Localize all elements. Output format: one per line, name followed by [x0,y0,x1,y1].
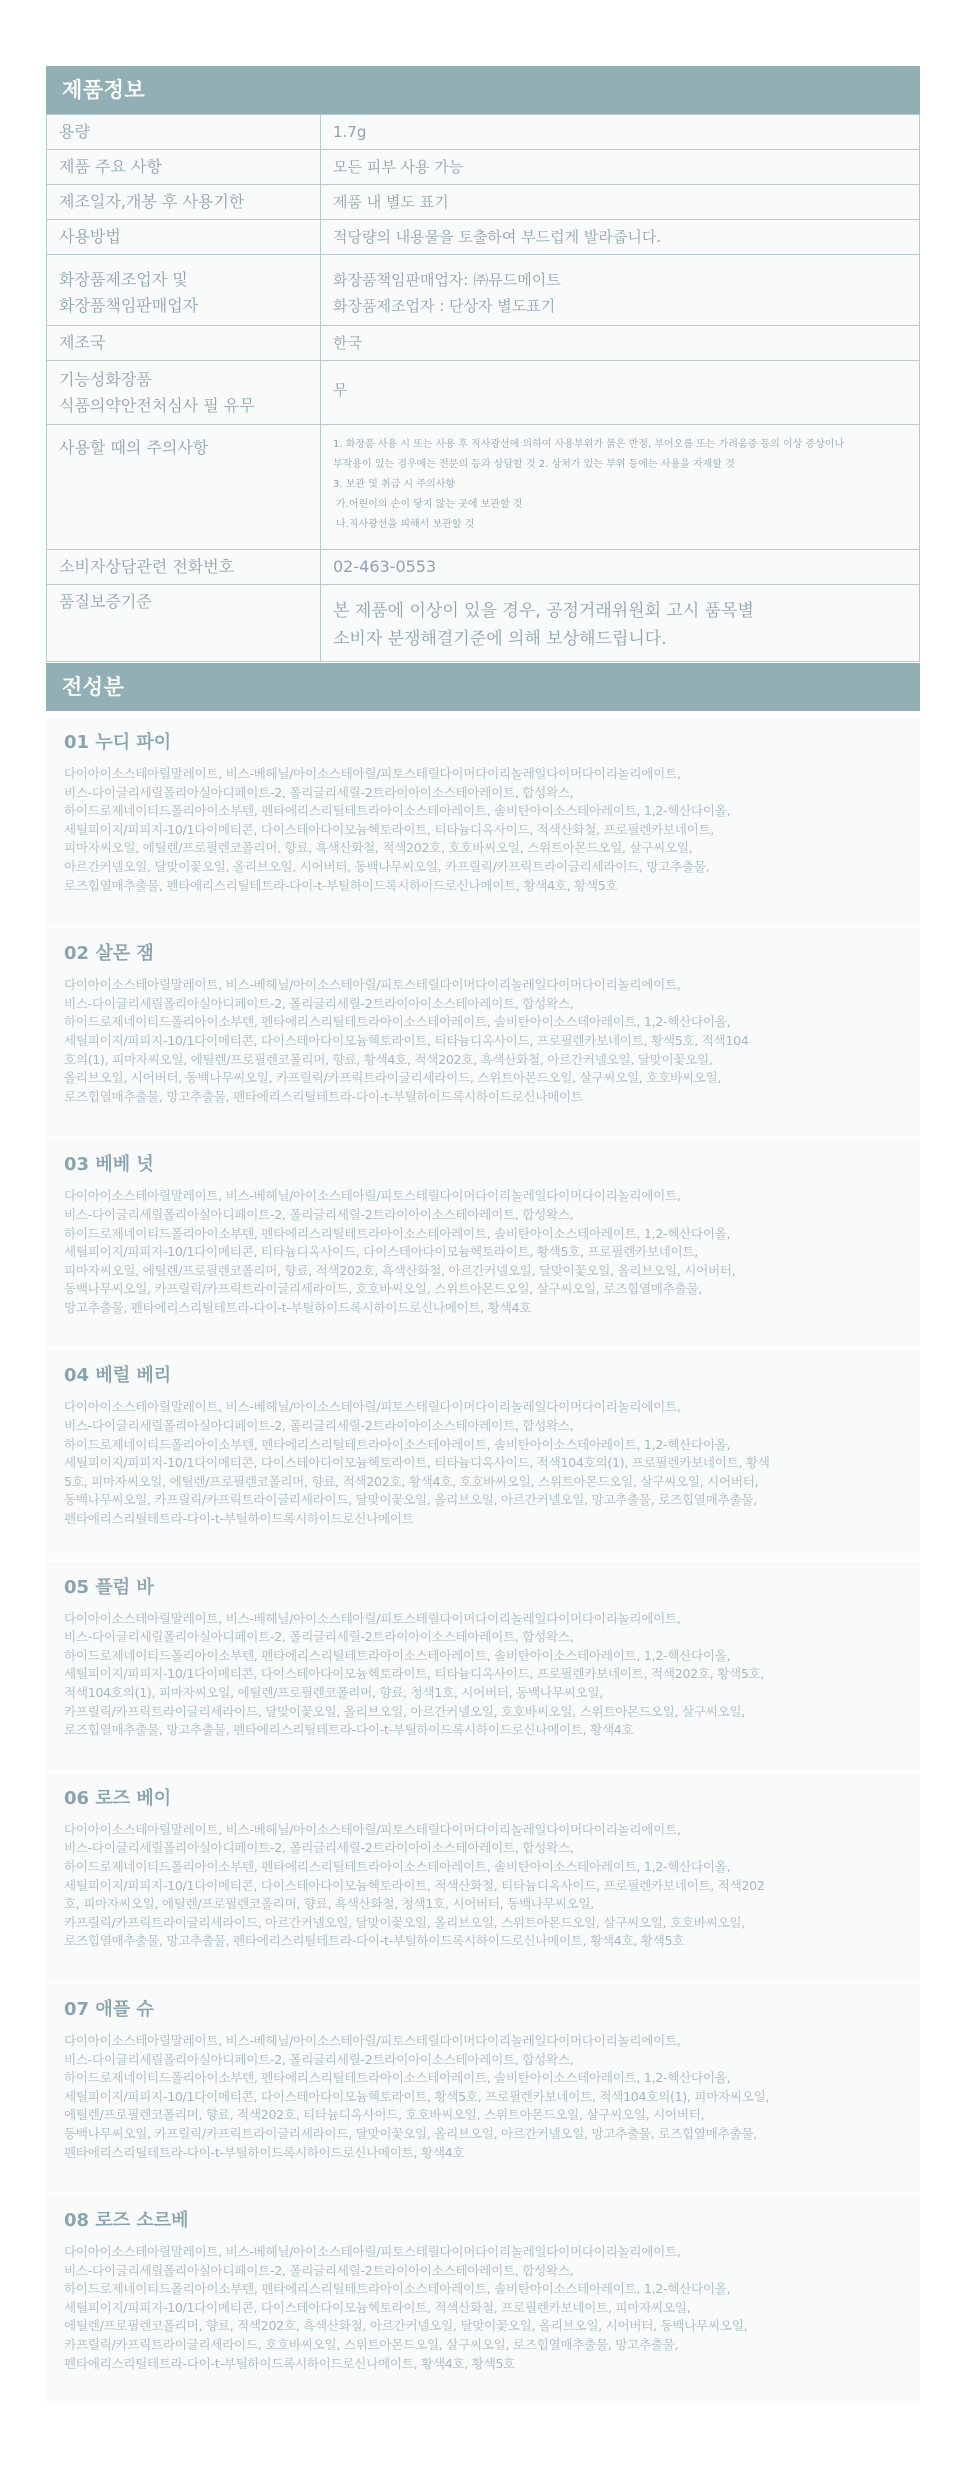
row-label: 용량 [47,115,321,150]
ingredient-line: 비스-다이글리세릴폴리아실아디페이트-2, 폴리글리세릴-2트라이아이소스테아레… [64,1628,902,1647]
ingredient-line: 다이아이소스테아릴말레이트, 비스-베헤닐/아이소스테아릴/피토스테릴다이머다이… [64,976,902,995]
ingredient-line: 다이아이소스테아릴말레이트, 비스-베헤닐/아이소스테아릴/피토스테릴다이머다이… [64,765,902,784]
row-label: 품질보증기준 [47,585,321,662]
label-text: 식품의약안전처심사 필 유무 [59,393,308,419]
ingredients-header: 전성분 [46,663,920,711]
row-value: 적당량의 내용물을 토출하여 부드럽게 발라줍니다. [321,220,920,255]
ingredient-line: 세틸피이지/피피지-10/1다이메티콘, 다이스테아다이모늄헥토라이트, 적색산… [64,2299,902,2318]
ingredient-line: 올리브오일, 시어버터, 동백나무씨오일, 카프릴릭/카프릭트라이글리세라이드,… [64,1069,902,1088]
row-label: 기능성화장품 식품의약안전처심사 필 유무 [47,361,321,425]
label-text: 용량 [59,119,308,145]
list-item: 04 베럴 베리 다이아이소스테아릴말레이트, 비스-베헤닐/아이소스테아릴/피… [46,1350,920,1558]
list-item: 07 애플 슈 다이아이소스테아릴말레이트, 비스-베헤닐/아이소스테아릴/피토… [46,1984,920,2192]
ingredient-line: 로즈힙열매추출물, 망고추출물, 펜타에리스리틸테트라-다이-t-부틸하이드록시… [64,1088,902,1107]
ingredient-line: 적색104호의(1), 피마자씨오일, 에틸렌/프로필렌코폴리머, 향료, 청색… [64,1684,902,1703]
ingredient-line: 펜타에리스리틸테트라-다이-t-부틸하이드록시하이드로신나메이트 [64,1510,902,1529]
ingredient-line: 다이아이소스테아릴말레이트, 비스-베헤닐/아이소스테아릴/피토스테릴다이머다이… [64,2032,902,2051]
ingredient-text: 다이아이소스테아릴말레이트, 비스-베헤닐/아이소스테아릴/피토스테릴다이머다이… [64,1187,902,1317]
product-name: 04 베럴 베리 [64,1362,902,1390]
page: 제품정보 용량 1.7g 제품 주요 사항 모든 피부 사용 가능 제조일자,개… [0,0,960,2489]
ingredient-line: 하이드로제네이티드폴리아이소부텐, 펜타에리스리틸테트라아이소스테아레이트, 솔… [64,1647,902,1666]
table-row: 화장품제조업자 및 화장품책임판매업자 화장품책임판매업자: ㈜뮤드메이트 화장… [47,255,920,326]
ingredients-list: 01 누디 파이 다이아이소스테아릴말레이트, 비스-베헤닐/아이소스테아릴/피… [46,717,920,2406]
value-text: 모든 피부 사용 가능 [333,154,907,180]
value-text: 무 [333,377,907,403]
value-text: 1. 화장품 사용 시 또는 사용 후 직사광선에 의하여 사용부위가 붉은 반… [333,435,907,455]
value-text: 적당량의 내용물을 토출하여 부드럽게 발라줍니다. [333,224,907,250]
ingredient-line: 비스-다이글리세릴폴리아실아디페이트-2, 폴리글리세릴-2트라이아이소스테아레… [64,1206,902,1225]
ingredient-text: 다이아이소스테아릴말레이트, 비스-베헤닐/아이소스테아릴/피토스테릴다이머다이… [64,2032,902,2162]
product-info-table: 용량 1.7g 제품 주요 사항 모든 피부 사용 가능 제조일자,개봉 후 사… [46,114,920,662]
label-text: 제조국 [59,330,308,356]
ingredient-line: 다이아이소스테아릴말레이트, 비스-베헤닐/아이소스테아릴/피토스테릴다이머다이… [64,1821,902,1840]
row-label: 제품 주요 사항 [47,150,321,185]
ingredient-line: 다이아이소스테아릴말레이트, 비스-베헤닐/아이소스테아릴/피토스테릴다이머다이… [64,1187,902,1206]
ingredient-line: 세틸피이지/피피지-10/1다이메티콘, 다이스테아다이모늄헥토라이트, 티타늄… [64,821,902,840]
ingredient-line: 하이드로제네이티드폴리아이소부텐, 펜타에리스리틸테트라아이소스테아레이트, 솔… [64,1225,902,1244]
ingredient-text: 다이아이소스테아릴말레이트, 비스-베헤닐/아이소스테아릴/피토스테릴다이머다이… [64,976,902,1106]
ingredient-line: 호, 피마자씨오일, 에틸렌/프로필렌코폴리머, 향료, 흑색산화철, 청색1호… [64,1895,902,1914]
ingredient-line: 동백나무씨오일, 카프릴릭/카프릭트라이글리세라이드, 달맞이꽃오일, 올리브오… [64,2125,902,2144]
product-name: 05 플럼 바 [64,1574,902,1602]
ingredient-line: 비스-다이글리세릴폴리아실아디페이트-2, 폴리글리세릴-2트라이아이소스테아레… [64,2051,902,2070]
value-text: 본 제품에 이상이 있을 경우, 공정거래위원회 고시 품목별 [333,597,907,625]
ingredient-text: 다이아이소스테아릴말레이트, 비스-베헤닐/아이소스테아릴/피토스테릴다이머다이… [64,765,902,895]
ingredient-line: 비스-다이글리세릴폴리아실아디페이트-2, 폴리글리세릴-2트라이아이소스테아레… [64,995,902,1014]
ingredient-line: 펜타에리스리틸테트라-다이-t-부틸하이드록시하이드로신나메이트, 황색4호, … [64,2355,902,2374]
ingredient-line: 비스-다이글리세릴폴리아실아디페이트-2, 폴리글리세릴-2트라이아이소스테아레… [64,784,902,803]
list-item: 03 베베 넛 다이아이소스테아릴말레이트, 비스-베헤닐/아이소스테아릴/피토… [46,1139,920,1347]
table-row: 소비자상담관련 전화번호 02-463-0553 [47,550,920,585]
list-item: 06 로즈 베이 다이아이소스테아릴말레이트, 비스-베헤닐/아이소스테아릴/피… [46,1773,920,1981]
ingredient-text: 다이아이소스테아릴말레이트, 비스-베헤닐/아이소스테아릴/피토스테릴다이머다이… [64,2243,902,2373]
label-text: 기능성화장품 [59,367,308,393]
ingredient-line: 하이드로제네이티드폴리아이소부텐, 펜타에리스리틸테트라아이소스테아레이트, 솔… [64,1013,902,1032]
label-text: 제조일자,개봉 후 사용기한 [59,189,308,215]
product-name: 06 로즈 베이 [64,1785,902,1813]
ingredient-line: 5호, 피마자씨오일, 에틸렌/프로필렌코폴리머, 향료, 적색202호, 황색… [64,1473,902,1492]
ingredient-line: 세틸피이지/피피지-10/1다이메티콘, 다이스테아다이모늄헥토라이트, 티타늄… [64,1665,902,1684]
value-text: 화장품책임판매업자: ㈜뮤드메이트 [333,267,907,293]
ingredient-text: 다이아이소스테아릴말레이트, 비스-베헤닐/아이소스테아릴/피토스테릴다이머다이… [64,1610,902,1740]
value-text: 제품 내 별도 표기 [333,189,907,215]
table-row: 제품 주요 사항 모든 피부 사용 가능 [47,150,920,185]
row-label: 사용할 때의 주의사항 [47,425,321,550]
table-row: 기능성화장품 식품의약안전처심사 필 유무 무 [47,361,920,425]
ingredient-line: 하이드로제네이티드폴리아이소부텐, 펜타에리스리틸테트라아이소스테아레이트, 솔… [64,1436,902,1455]
ingredient-line: 에틸렌/프로필렌코폴리머, 향료, 적색202호, 티타늄디옥사이드, 호호바씨… [64,2106,902,2125]
list-item: 05 플럼 바 다이아이소스테아릴말레이트, 비스-베헤닐/아이소스테아릴/피토… [46,1562,920,1770]
value-text: 3. 보관 및 취급 시 주의사항 [333,475,907,495]
label-text: 소비자상담관련 전화번호 [59,554,308,580]
ingredient-line: 다이아이소스테아릴말레이트, 비스-베헤닐/아이소스테아릴/피토스테릴다이머다이… [64,2243,902,2262]
ingredient-line: 카프릴릭/카프릭트라이글리세라이드, 달맞이꽃오일, 올리브오일, 아르간커넬오… [64,1703,902,1722]
ingredient-line: 카프릴릭/카프릭트라이글리세라이드, 아르간커넬오일, 달맞이꽃오일, 올리브오… [64,1914,902,1933]
product-name: 07 애플 슈 [64,1996,902,2024]
ingredient-line: 하이드로제네이티드폴리아이소부텐, 펜타에리스리틸테트라아이소스테아레이트, 솔… [64,2069,902,2088]
ingredient-line: 하이드로제네이티드폴리아이소부텐, 펜타에리스리틸테트라아이소스테아레이트, 솔… [64,2280,902,2299]
table-row: 사용방법 적당량의 내용물을 토출하여 부드럽게 발라줍니다. [47,220,920,255]
row-value: 모든 피부 사용 가능 [321,150,920,185]
list-item: 02 살몬 잼 다이아이소스테아릴말레이트, 비스-베헤닐/아이소스테아릴/피토… [46,928,920,1136]
row-value: 한국 [321,326,920,361]
ingredient-line: 아르간커넬오일, 달맞이꽃오일, 올리브오일, 시어버터, 동백나무씨오일, 카… [64,858,902,877]
value-text: 한국 [333,330,907,356]
label-text: 제품 주요 사항 [59,154,308,180]
ingredient-line: 로즈힙열매추출물, 펜타에리스리틸테트라-다이-t-부틸하이드록시하이드로신나메… [64,877,902,896]
row-label: 화장품제조업자 및 화장품책임판매업자 [47,255,321,326]
ingredient-line: 로즈힙열매추출물, 망고추출물, 펜타에리스리틸테트라-다이-t-부틸하이드록시… [64,1721,902,1740]
label-text: 사용할 때의 주의사항 [59,435,308,461]
row-label: 제조일자,개봉 후 사용기한 [47,185,321,220]
label-text: 품질보증기준 [59,589,308,615]
product-name: 02 살몬 잼 [64,940,902,968]
ingredient-line: 피마자씨오일, 에틸렌/프로필렌코폴리머, 향료, 적색202호, 흑색산화철,… [64,1262,902,1281]
row-value: 화장품책임판매업자: ㈜뮤드메이트 화장품제조업자 : 단상자 별도표기 [321,255,920,326]
ingredient-line: 로즈힙열매추출물, 망고추출물, 펜타에리스리틸테트라-다이-t-부틸하이드록시… [64,1932,902,1951]
product-info-header: 제품정보 [46,66,920,114]
product-name: 01 누디 파이 [64,729,902,757]
ingredient-line: 비스-다이글리세릴폴리아실아디페이트-2, 폴리글리세릴-2트라이아이소스테아레… [64,1839,902,1858]
product-name: 08 로즈 소르베 [64,2207,902,2235]
ingredient-text: 다이아이소스테아릴말레이트, 비스-베헤닐/아이소스테아릴/피토스테릴다이머다이… [64,1821,902,1951]
value-text: 부작용이 있는 경우에는 전문의 등과 상담할 것 2. 상처가 있는 부위 등… [333,455,907,475]
row-value: 무 [321,361,920,425]
label-text: 화장품책임판매업자 [59,293,308,319]
table-row: 제조일자,개봉 후 사용기한 제품 내 별도 표기 [47,185,920,220]
ingredient-line: 호의(1), 피마자씨오일, 에틸렌/프로필렌코폴리머, 향료, 황색4호, 적… [64,1051,902,1070]
row-value: 1.7g [321,115,920,150]
phone-number: 02-463-0553 [321,550,920,585]
ingredient-line: 카프릴릭/카프릭트라이글리세라이드, 호호바씨오일, 스위트아몬드오일, 살구씨… [64,2336,902,2355]
ingredient-line: 세틸피이지/피피지-10/1다이메티콘, 다이스테아다이모늄헥토라이트, 적색산… [64,1877,902,1896]
list-item: 01 누디 파이 다이아이소스테아릴말레이트, 비스-베헤닐/아이소스테아릴/피… [46,717,920,925]
table-row: 용량 1.7g [47,115,920,150]
value-text: 1.7g [333,119,907,145]
value-text: 나.직사광선을 피해서 보관할 것 [333,515,907,535]
ingredient-line: 동백나무씨오일, 카프릴릭/카프릭트라이글리세라이드, 달맞이꽃오일, 올리브오… [64,1491,902,1510]
row-value: 본 제품에 이상이 있을 경우, 공정거래위원회 고시 품목별 소비자 분쟁해결… [321,585,920,662]
ingredient-line: 피마자씨오일, 에틸렌/프로필렌코폴리머, 향료, 흑색산화철, 적색202호,… [64,839,902,858]
value-text: 소비자 분쟁해결기준에 의해 보상해드립니다. [333,625,907,653]
ingredient-line: 하이드로제네이티드폴리아이소부텐, 펜타에리스리틸테트라아이소스테아레이트, 솔… [64,802,902,821]
ingredient-line: 다이아이소스테아릴말레이트, 비스-베헤닐/아이소스테아릴/피토스테릴다이머다이… [64,1398,902,1417]
table-row: 품질보증기준 본 제품에 이상이 있을 경우, 공정거래위원회 고시 품목별 소… [47,585,920,662]
ingredient-line: 세틸피이지/피피지-10/1다이메티콘, 다이스테아다이모늄헥토라이트, 황색5… [64,2088,902,2107]
ingredient-line: 비스-다이글리세릴폴리아실아디페이트-2, 폴리글리세릴-2트라이아이소스테아레… [64,2262,902,2281]
ingredient-line: 다이아이소스테아릴말레이트, 비스-베헤닐/아이소스테아릴/피토스테릴다이머다이… [64,1610,902,1629]
ingredient-line: 세틸피이지/피피지-10/1다이메티콘, 다이스테아다이모늄헥토라이트, 티타늄… [64,1454,902,1473]
row-label: 사용방법 [47,220,321,255]
label-text: 화장품제조업자 및 [59,267,308,293]
ingredient-line: 망고추출물, 펜타에리스리틸테트라-다이-t-부틸하이드록시하이드로신나메이트,… [64,1299,902,1318]
value-text: 02-463-0553 [333,554,907,580]
ingredient-line: 펜타에리스리틸테트라-다이-t-부틸하이드록시하이드로신나메이트, 황색4호 [64,2144,902,2163]
value-text: 화장품제조업자 : 단상자 별도표기 [333,293,907,319]
ingredient-line: 세틸피이지/피피지-10/1다이메티콘, 티타늄디옥사이드, 다이스테아다이모늄… [64,1243,902,1262]
row-label: 소비자상담관련 전화번호 [47,550,321,585]
ingredient-line: 비스-다이글리세릴폴리아실아디페이트-2, 폴리글리세릴-2트라이아이소스테아레… [64,1417,902,1436]
row-label: 제조국 [47,326,321,361]
ingredient-line: 세틸피이지/피피지-10/1다이메티콘, 다이스테아다이모늄헥토라이트, 티타늄… [64,1032,902,1051]
list-item: 08 로즈 소르베 다이아이소스테아릴말레이트, 비스-베헤닐/아이소스테아릴/… [46,2195,920,2403]
row-value: 제품 내 별도 표기 [321,185,920,220]
product-name: 03 베베 넛 [64,1151,902,1179]
label-text: 사용방법 [59,224,308,250]
table-row: 제조국 한국 [47,326,920,361]
table-row: 사용할 때의 주의사항 1. 화장품 사용 시 또는 사용 후 직사광선에 의하… [47,425,920,550]
row-value: 1. 화장품 사용 시 또는 사용 후 직사광선에 의하여 사용부위가 붉은 반… [321,425,920,550]
ingredient-text: 다이아이소스테아릴말레이트, 비스-베헤닐/아이소스테아릴/피토스테릴다이머다이… [64,1398,902,1528]
ingredient-line: 동백나무씨오일, 카프릴릭/카프릭트라이글리세라이드, 호호바씨오일, 스위트아… [64,1280,902,1299]
ingredient-line: 하이드로제네이티드폴리아이소부텐, 펜타에리스리틸테트라아이소스테아레이트, 솔… [64,1858,902,1877]
value-text: 가.어린이의 손이 닿지 않는 곳에 보관할 것 [333,495,907,515]
ingredient-line: 에틸렌/프로필렌코폴리머, 향료, 적색202호, 흑색산화철, 아르간커넬오일… [64,2317,902,2336]
